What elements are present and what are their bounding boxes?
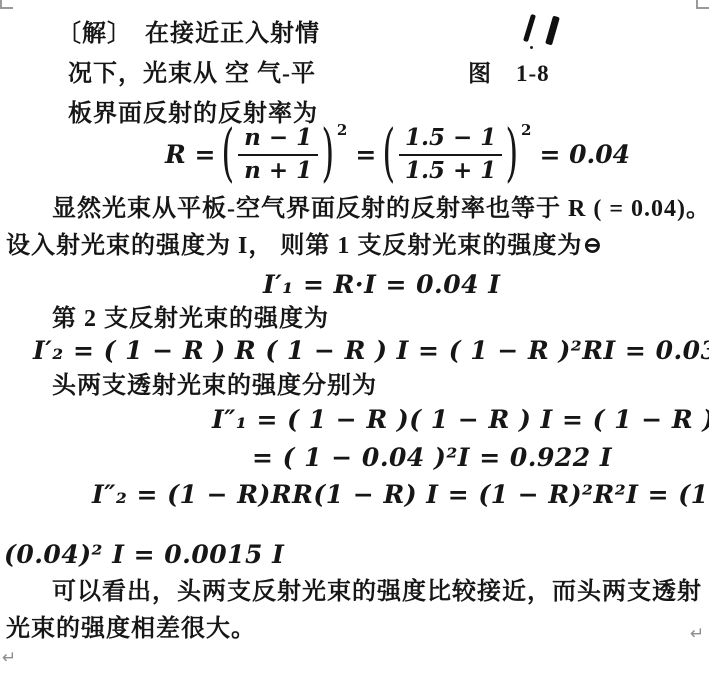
line-break-mark-icon: ↵ [690, 624, 704, 644]
formula-second-transmitted-beam-cont: (0.04)² I = 0.0015 I [4, 541, 284, 570]
formula-second-transmitted-beam: I″₂ = (1 − R)RR(1 − R) I = (1 − R)²R²I =… [92, 481, 709, 510]
fraction-numeric: 1.5 − 1 1.5 + 1 [399, 124, 502, 186]
reflectance-formula: R = ( n − 1 n + 1 ) 2 = ( 1.5 − 1 1.5 + … [160, 124, 635, 186]
paragraph2-line1: 显然光束从平板-空气界面反射的反射率也等于 R ( = 0.04)。 [52, 195, 709, 224]
equals-sign: = [355, 140, 376, 169]
close-paren: ) [322, 123, 335, 186]
line-break-mark-icon: ↵ [2, 648, 16, 668]
formula-first-reflected-beam: I′₁ = R·I = 0.04 I [263, 271, 500, 300]
fraction-denominator: n + 1 [238, 156, 318, 186]
scanned-textbook-page: 图 1-8 〔解〕 在接近正入射情 况下，光束从 空 气-平 板界面反射的反射率… [0, 0, 709, 680]
open-paren: ( [222, 123, 235, 186]
figure-ray-stroke-icon [545, 16, 560, 46]
crop-mark-top-left-icon [0, 0, 14, 10]
fraction-symbolic: n − 1 n + 1 [238, 124, 318, 186]
formula-first-transmitted-beam: I″₁ = ( 1 − R )( 1 − R ) I = ( 1 − R )²I [212, 406, 709, 435]
paragraph2-line2: 设入射光束的强度为 I， 则第 1 支反射光束的强度为⊖ [6, 232, 603, 261]
paragraph3: 第 2 支反射光束的强度为 [52, 305, 329, 334]
paragraph1-line2: 况下，光束从 空 气-平 [68, 60, 316, 89]
formula-result: = 0.04 [539, 140, 630, 169]
fraction-numerator: n − 1 [238, 124, 318, 156]
formula-first-transmitted-beam-value: = ( 1 − 0.04 )²I = 0.922 I [252, 444, 612, 473]
figure-ray-stroke-icon [523, 14, 536, 42]
paragraph5-line1: 可以看出，头两支反射光束的强度比较接近，而头两支透射 [52, 578, 702, 607]
paragraph5-line2: 光束的强度相差很大。 [6, 615, 256, 644]
paragraph1-line1: 〔解〕 在接近正入射情 [57, 20, 320, 49]
ink-speck-icon [530, 46, 533, 49]
paragraph4: 头两支透射光束的强度分别为 [52, 372, 377, 401]
formula-lhs: R = [165, 140, 215, 169]
fraction-numerator: 1.5 − 1 [399, 124, 502, 156]
fraction-denominator: 1.5 + 1 [399, 156, 502, 186]
open-paren: ( [383, 123, 396, 186]
exponent: 2 [521, 121, 531, 139]
exponent: 2 [337, 121, 347, 139]
formula-second-reflected-beam: I′₂ = ( 1 − R ) R ( 1 − R ) I = ( 1 − R … [33, 337, 709, 366]
close-paren: ) [506, 123, 519, 186]
figure-caption: 图 1-8 [468, 55, 550, 88]
crop-mark-top-right-icon [696, 0, 709, 10]
